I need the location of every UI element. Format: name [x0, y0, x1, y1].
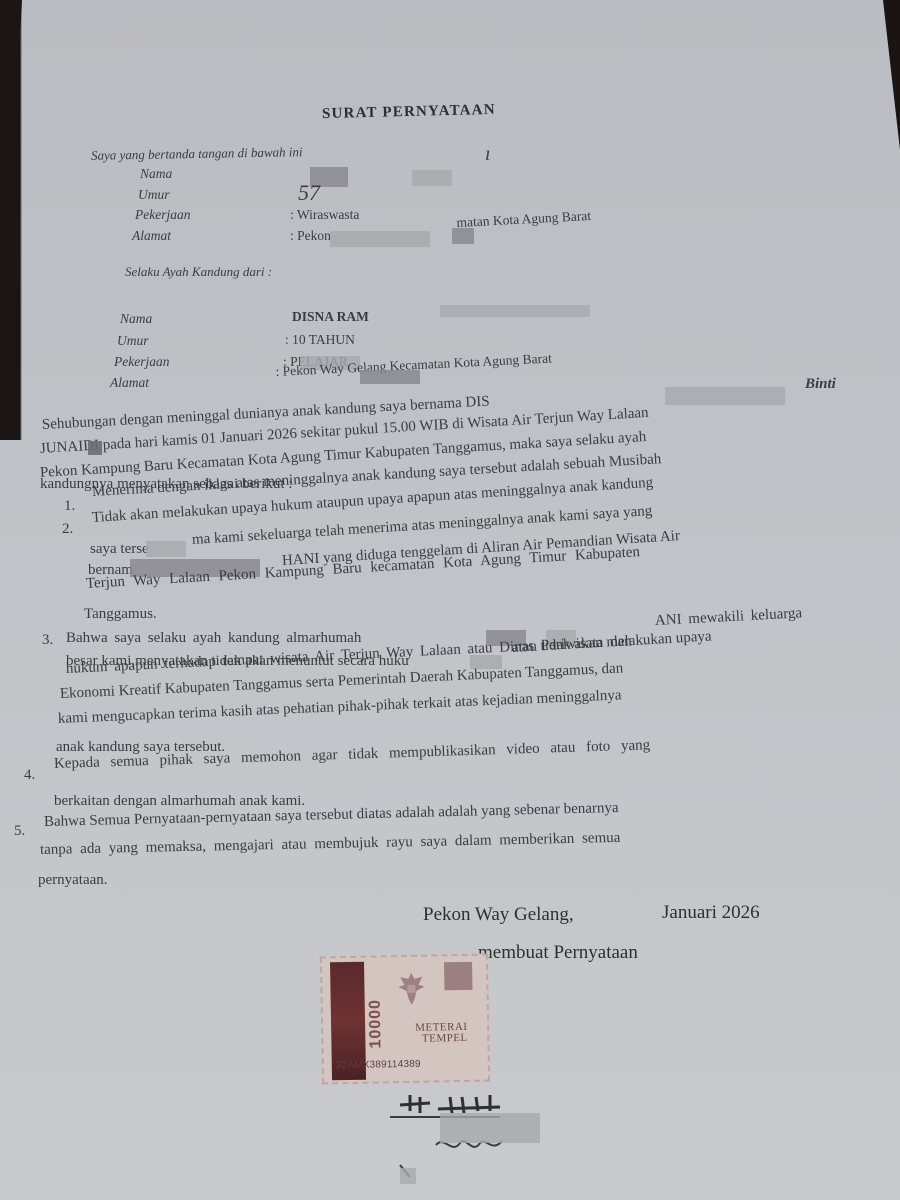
redacted-father-name [88, 441, 102, 455]
redacted-item-2a [146, 541, 186, 557]
stamp-label-line-2: TEMPEL [415, 1033, 468, 1045]
signer-age-value: 57 [298, 180, 320, 206]
child-age-label: Umur [117, 333, 149, 349]
child-address-label: Alamat [110, 375, 149, 391]
closing-signer-role: membuat Pernyataan [478, 942, 638, 964]
item-2-line-5: Tanggamus. [84, 606, 157, 623]
redacted-child-name [440, 305, 590, 317]
signer-job-value: : Wiraswasta [290, 207, 359, 223]
item-4-line-2: berkaitan dengan almarhumah anak kami. [54, 793, 305, 810]
closing-date: Januari 2026 [662, 902, 760, 924]
item-2-line-2a: saya terse [90, 541, 149, 558]
relation-heading: Selaku Ayah Kandung dari : [125, 264, 272, 280]
redacted-signature-mark [400, 1168, 416, 1184]
stamp-denomination: 10000 [364, 977, 388, 1069]
meterai-stamp: 10000 METERAI TEMPEL 32AMX389114389 [320, 954, 490, 1085]
signer-name-label: Nama [140, 166, 172, 182]
child-name-label: Nama [120, 311, 152, 327]
signer-address-value: : Pekon [290, 228, 331, 244]
child-age-value: : 10 TAHUN [285, 332, 355, 348]
stamp-serial: 32AMX389114389 [336, 1059, 421, 1071]
item-5-line-3: pernyataan. [38, 872, 108, 889]
redacted-signer-signature-name [440, 1113, 540, 1143]
paragraph-binti: Binti [805, 376, 836, 393]
closing-place: Pekon Way Gelang, [423, 904, 574, 926]
redacted-signer-address [330, 231, 430, 247]
stamp-corner-mark [444, 962, 472, 990]
signer-address-label: Alamat [132, 228, 171, 244]
item-3-number: 3. [42, 632, 53, 649]
item-5-number: 5. [14, 823, 25, 840]
redacted-child-address [360, 370, 420, 384]
stamp-label: METERAI TEMPEL [415, 1022, 468, 1045]
redacted-signer-name-2 [412, 170, 452, 186]
garuda-emblem-icon [394, 969, 429, 1010]
child-job-label: Pekerjaan [114, 354, 169, 370]
background-edge [0, 0, 30, 440]
item-4-number: 4. [24, 767, 35, 784]
handwritten-mark: ı [485, 143, 491, 166]
signer-job-label: Pekerjaan [135, 207, 190, 223]
redacted-address-mid [452, 228, 474, 244]
item-2-number: 2. [62, 521, 73, 538]
item-3-line-1a: Bahwa saya selaku ayah kandung almarhuma… [66, 630, 361, 647]
item-1-number: 1. [64, 498, 75, 515]
signer-age-label: Umur [138, 187, 170, 203]
redacted-child-fullname [665, 387, 785, 405]
child-name-value: DISNA RAM [292, 309, 369, 325]
